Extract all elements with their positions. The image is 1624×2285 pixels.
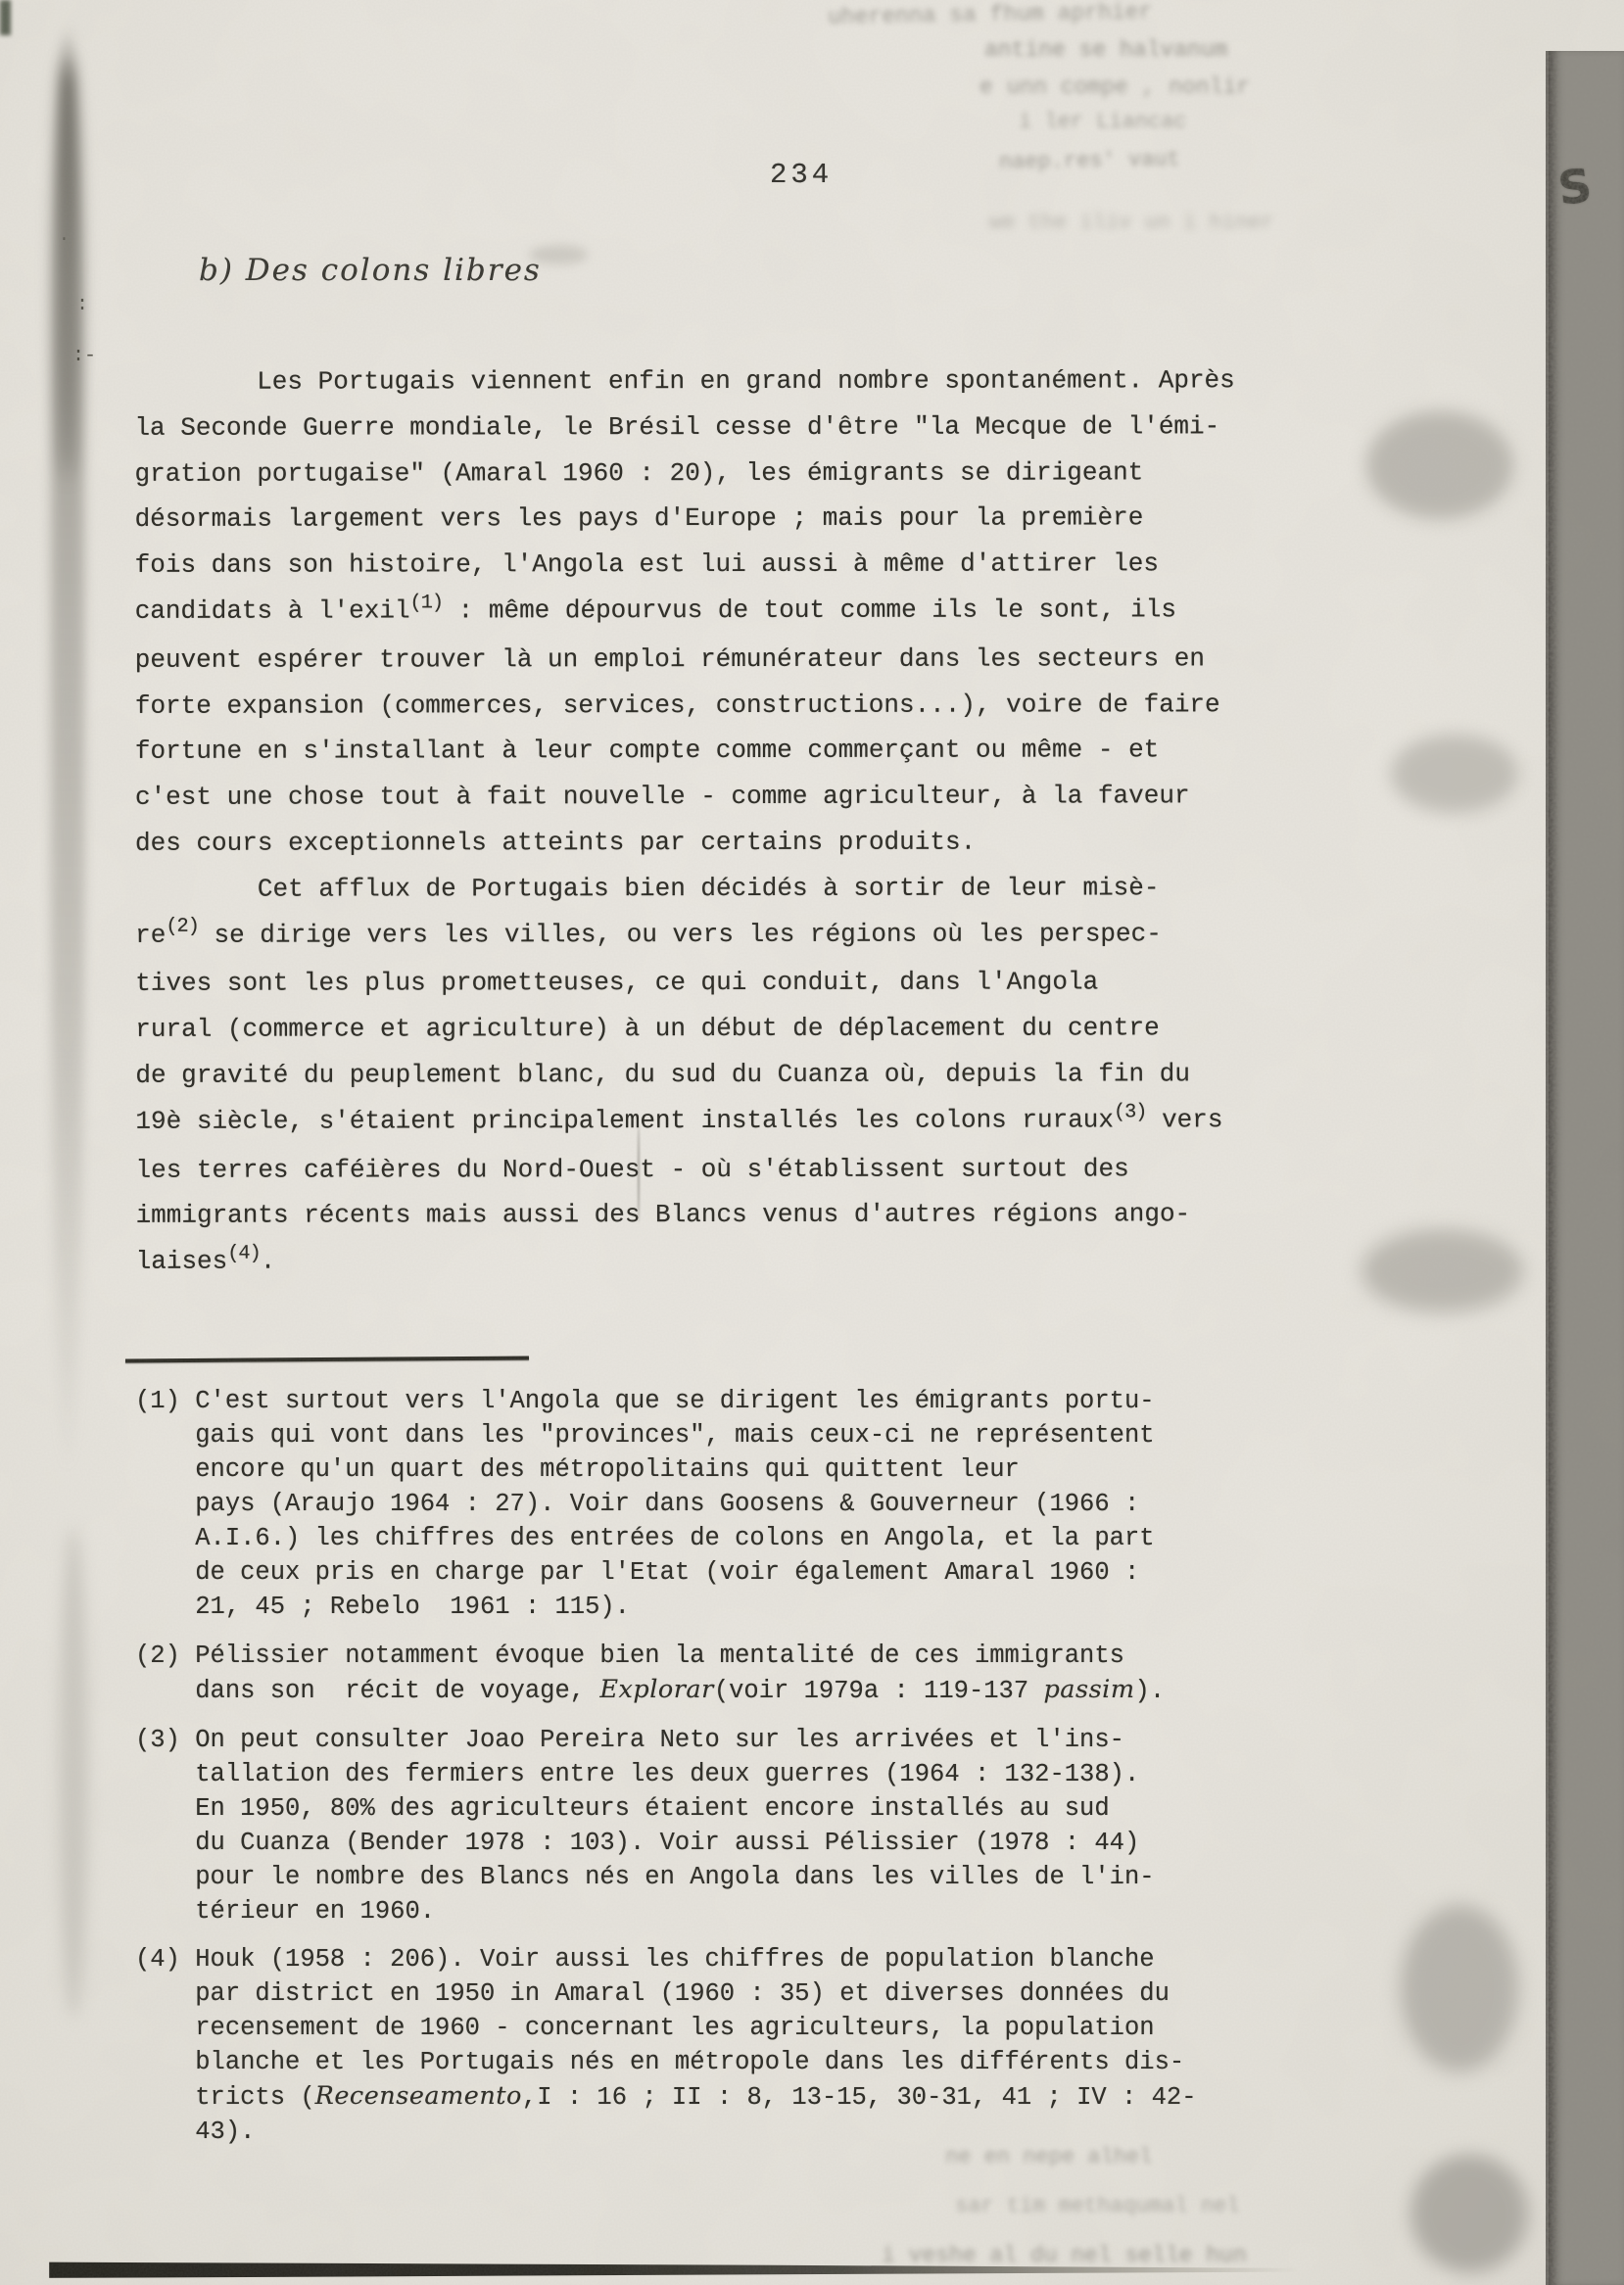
text-line: (4) Houk (1958 : 206). Voir aussi les ch… [135,1942,1301,1976]
text-line: du Cuanza (Bender 1978 : 103). Voir auss… [135,1826,1301,1860]
text-line: pays (Araujo 1964 : 27). Voir dans Goose… [135,1487,1301,1521]
text-line: laises(4). [136,1237,1302,1287]
text-line: dans son récit de voyage, Explorar(voir … [135,1673,1301,1708]
top-left-corner-mark [0,0,11,35]
ink-smudge [529,245,588,264]
text-line: térieur en 1960. [135,1894,1301,1928]
text-line: de gravité du peuplement blanc, du sud d… [135,1051,1301,1098]
text-line: immigrants récents mais aussi des Blancs… [136,1192,1302,1239]
ghost-text-fragment: e unn compe , nonlir [979,74,1250,100]
section-heading: b) Des colons libres [199,253,542,288]
text-line: tricts (Recenseamento,I : 16 ; II : 8, 1… [135,2079,1301,2115]
stamp-letter-s: S [1555,159,1595,216]
margin-mark: · [59,230,70,250]
text-line: 19è siècle, s'étaient principalement ins… [135,1097,1301,1147]
text-line: de ceux pris en charge par l'Etat (voir … [135,1555,1301,1590]
footnote: (1) C'est surtout vers l'Angola que se d… [135,1384,1301,1624]
text-line: re(2) se dirige vers les villes, ou vers… [135,911,1301,961]
ghost-text-fragment: i veshe al du nel selle hun [882,2243,1247,2268]
text-line: des cours exceptionnels atteints par cer… [135,819,1301,866]
ink-smudge [59,1528,88,2018]
text-line: (1) C'est surtout vers l'Angola que se d… [135,1384,1301,1418]
text-line: recensement de 1960 - concernant les agr… [135,2011,1301,2045]
text-line: tives sont les plus prometteuses, ce qui… [135,960,1301,1007]
ink-smudge [638,1124,640,1222]
text-line: En 1950, 80% des agriculteurs étaient en… [135,1791,1301,1826]
text-line: tallation des fermiers entre les deux gu… [135,1757,1301,1791]
ink-smudge [1401,1905,1518,2071]
text-line: (3) On peut consulter Joao Pereira Neto … [135,1723,1301,1757]
footnote: (3) On peut consulter Joao Pereira Neto … [135,1723,1301,1928]
margin-mark: :- [72,345,96,367]
ghost-text-fragment: i ler Liancac [1019,110,1187,134]
ink-smudge [1391,735,1518,813]
text-line: par district en 1950 in Amaral (1960 : 3… [135,1976,1301,2011]
text-line: (2) Pélissier notamment évoque bien la m… [135,1639,1301,1673]
footnotes-section: (1) C'est surtout vers l'Angola que se d… [135,1384,1301,2149]
text-line: gais qui vont dans les "provinces", mais… [135,1418,1301,1452]
text-line: pour le nombre des Blancs nés en Angola … [135,1860,1301,1894]
body-text: Les Portugais viennent enfin en grand no… [134,357,1301,1288]
text-line: la Seconde Guerre mondiale, le Brésil ce… [134,404,1300,451]
paragraph: Cet afflux de Portugais bien décidés à s… [135,865,1302,1288]
text-line: Les Portugais viennent enfin en grand no… [134,357,1300,405]
ghost-text-fragment: we the iliv un i hiner [989,211,1273,235]
paragraph: Les Portugais viennent enfin en grand no… [134,357,1301,866]
text-line: A.I.6.) les chiffres des entrées de colo… [135,1521,1301,1555]
ghost-text-fragment: sar tim methaqumal nel [955,2194,1239,2218]
ink-smudge [1410,2155,1528,2272]
text-line: rural (commerce et agriculture) à un déb… [135,1005,1301,1052]
footnote-separator [125,1357,529,1363]
text-line: fois dans son histoire, l'Angola est lui… [135,541,1301,588]
text-line: blanche et les Portugais nés en métropol… [135,2045,1301,2079]
text-line: gration portugaise" (Amaral 1960 : 20), … [134,450,1300,497]
text-line: désormais largement vers les pays d'Euro… [135,496,1301,543]
margin-mark: : [76,294,88,316]
text-line: c'est une chose tout à fait nouvelle - c… [135,773,1301,820]
text-line: encore qu'un quart des métropolitains qu… [135,1452,1301,1487]
text-line: 43). [135,2115,1301,2149]
scanned-page: 234 b) Des colons libres Les Portugais v… [0,0,1624,2285]
text-line: Cet afflux de Portugais bien décidés à s… [135,865,1301,912]
left-edge-smudge-dark [55,57,80,478]
text-line: les terres caféières du Nord-Ouest - où … [135,1146,1301,1193]
text-line: forte expansion (commerces, services, co… [135,682,1301,729]
text-line: fortune en s'installant à leur compte co… [135,728,1301,775]
footnote: (2) Pélissier notamment évoque bien la m… [135,1639,1301,1708]
ghost-text-fragment: ne en nepe alhel [945,2145,1152,2169]
page-number: 234 [770,159,833,191]
ink-smudge [1366,411,1513,519]
ghost-text-fragment: uherenna sa fhum aprhier [828,0,1153,30]
ghost-text-fragment: naep.res' vaut [999,147,1180,174]
footnote: (4) Houk (1958 : 206). Voir aussi les ch… [135,1942,1301,2149]
text-line: 21, 45 ; Rebelo 1961 : 115). [135,1590,1301,1624]
text-line: peuvent espérer trouver là un emploi rém… [135,636,1301,683]
ink-smudge [1361,1229,1523,1312]
right-scan-strip: S [1546,51,1624,2285]
ghost-text-fragment: antine se halvanum [984,37,1227,63]
text-line: candidats à l'exil(1) : même dépourvus d… [135,587,1301,637]
